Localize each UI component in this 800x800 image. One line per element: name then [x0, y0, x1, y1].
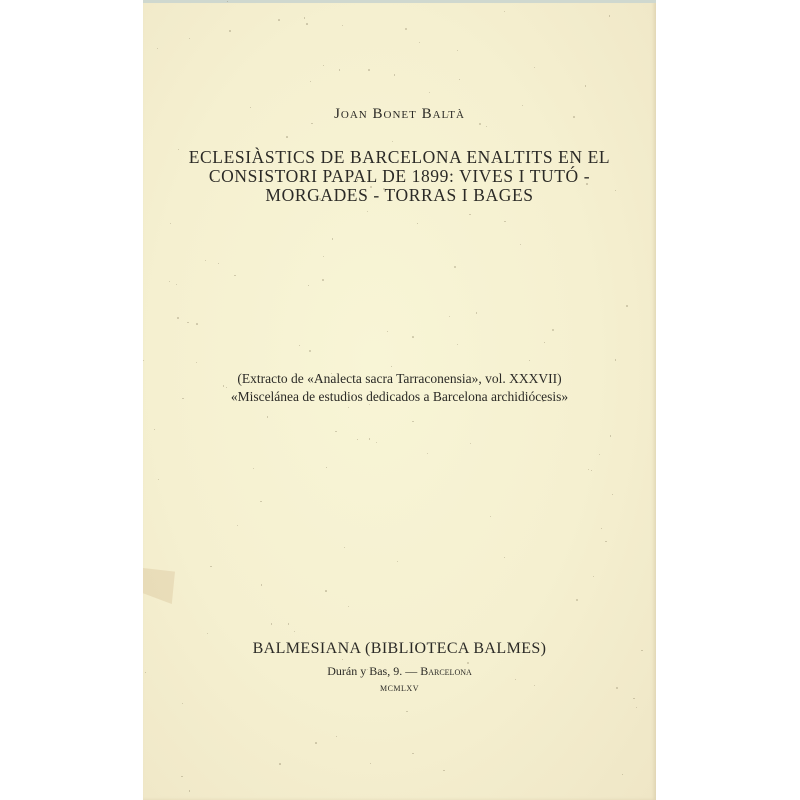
paper-speck [633, 698, 635, 700]
title-line: CONSISTORI PAPAL DE 1899: VIVES I TUTÓ - [143, 167, 656, 186]
paper-speck [576, 599, 578, 601]
paper-speck [616, 687, 618, 689]
paper-speck [609, 15, 610, 16]
paper-speck [205, 260, 206, 261]
paper-speck [196, 362, 198, 364]
paper-speck [612, 494, 613, 495]
paper-speck [315, 742, 317, 744]
paper-speck [605, 541, 606, 542]
paper-speck [342, 25, 343, 26]
paper-speck [599, 454, 600, 455]
paper-speck [591, 470, 592, 471]
paper-speck [308, 285, 309, 286]
paper-speck [253, 468, 254, 469]
paper-speck [158, 479, 159, 480]
paper-speck [467, 662, 469, 664]
paper-speck [234, 275, 236, 277]
paper-speck [534, 67, 536, 69]
paper-speck [357, 439, 358, 440]
paper-speck [306, 23, 308, 25]
paper-speck [636, 707, 637, 708]
paper-speck [323, 65, 324, 66]
extract-note: (Extracto de «Analecta sacra Tarraconens… [143, 370, 656, 406]
paper-speck [176, 284, 177, 285]
paper-speck [367, 211, 368, 212]
paper-speck [504, 221, 506, 223]
paper-speck [187, 322, 188, 323]
paper-speck [515, 679, 516, 680]
paper-speck [226, 387, 227, 388]
paper-speck [370, 763, 371, 764]
paper-speck [189, 38, 190, 39]
paper-speck [394, 74, 396, 76]
paper-speck [552, 329, 554, 331]
paper-speck [387, 331, 388, 332]
paper-speck [154, 429, 155, 430]
address-street: Durán y Bas, 9. — [327, 664, 420, 678]
paper-speck [178, 149, 179, 150]
paper-speck [504, 557, 505, 558]
extract-line: (Extracto de «Analecta sacra Tarraconens… [143, 370, 656, 388]
paper-speck [490, 516, 491, 517]
paper-speck [534, 685, 535, 686]
paper-speck [309, 350, 311, 352]
paper-speck [271, 623, 272, 624]
paper-speck [344, 547, 345, 548]
author-name: Joan Bonet Baltà [143, 106, 656, 123]
publisher-address: Durán y Bas, 9. — Barcelona [143, 664, 656, 679]
paper-speck [586, 183, 588, 185]
paper-speck [457, 344, 458, 345]
address-city: Barcelona [420, 664, 472, 678]
paper-speck [182, 703, 183, 704]
paper-speck [412, 421, 414, 423]
paper-speck [457, 50, 458, 51]
paper-speck [229, 160, 231, 162]
paper-speck [304, 17, 305, 18]
paper-speck [169, 281, 170, 282]
paper-speck [181, 776, 182, 777]
paper-speck [332, 238, 333, 239]
paper-speck [397, 561, 398, 562]
paper-speck [207, 633, 208, 634]
paper-speck [449, 316, 451, 318]
paper-speck [278, 19, 280, 21]
paper-speck [626, 305, 628, 307]
extract-line: «Miscelánea de estudios dedicados a Barc… [143, 388, 656, 406]
paper-speck [405, 28, 407, 30]
paper-speck [311, 123, 312, 124]
paper-speck [610, 435, 612, 437]
paper-speck [299, 345, 300, 346]
paper-speck [573, 116, 575, 118]
paper-speck [335, 431, 336, 432]
paper-speck [143, 360, 144, 361]
paper-stain [143, 568, 175, 604]
paper-speck [469, 214, 471, 216]
paper-speck [470, 443, 472, 445]
paper-speck [520, 244, 521, 245]
paper-speck [459, 79, 460, 80]
paper-speck [336, 736, 337, 737]
paper-speck [392, 141, 393, 142]
paper-speck [376, 442, 378, 444]
paper-speck [419, 42, 420, 43]
paper-speck [588, 469, 589, 470]
paper-speck [544, 342, 545, 343]
title-line: ECLESIÀSTICS DE BARCELONA ENALTITS EN EL [143, 148, 656, 167]
paper-speck [406, 711, 407, 712]
paper-speck [369, 438, 370, 439]
paper-speck [323, 256, 324, 257]
paper-speck [261, 584, 262, 585]
paper-speck [479, 123, 481, 125]
paper-speck [157, 48, 158, 49]
paper-speck [348, 407, 349, 408]
paper-speck [504, 11, 506, 13]
document-title: ECLESIÀSTICS DE BARCELONA ENALTITS EN EL… [143, 148, 656, 205]
paper-speck [357, 179, 358, 180]
title-line: MORGADES - TORRAS I BAGES [143, 186, 656, 205]
paper-speck [454, 266, 456, 268]
paper-speck [412, 753, 413, 754]
paper-speck [443, 770, 445, 772]
paper-speck [170, 223, 171, 224]
paper-speck [288, 623, 289, 624]
paper-speck [237, 525, 238, 526]
paper-speck [325, 590, 327, 592]
paper-speck [223, 385, 224, 386]
paper-speck [486, 126, 487, 127]
paper-speck [229, 30, 231, 32]
paper-speck [177, 317, 179, 319]
paper-speck [279, 763, 281, 765]
paper-speck [370, 186, 372, 188]
paper-speck [369, 404, 370, 405]
paper-speck [218, 263, 219, 264]
paper-speck [196, 323, 198, 325]
paper-speck [622, 774, 623, 775]
book-cover-page: Joan Bonet Baltà ECLESIÀSTICS DE BARCELO… [143, 0, 656, 800]
paper-speck [342, 659, 343, 660]
paper-speck [476, 312, 477, 313]
paper-speck [593, 576, 594, 577]
paper-speck [331, 373, 332, 374]
publisher-name: BALMESIANA (BIBLIOTECA BALMES) [143, 640, 656, 658]
paper-speck [322, 279, 324, 281]
paper-speck [189, 790, 190, 791]
paper-speck [529, 360, 530, 361]
paper-speck [286, 136, 288, 138]
paper-speck [274, 396, 275, 397]
paper-speck [391, 366, 392, 367]
paper-speck [368, 69, 370, 71]
paper-speck [260, 501, 261, 502]
paper-speck [339, 69, 340, 70]
paper-speck [601, 528, 602, 529]
paper-speck [585, 85, 586, 86]
paper-speck [615, 359, 617, 361]
paper-speck [212, 179, 214, 181]
paper-speck [427, 453, 428, 454]
paper-speck [417, 223, 418, 224]
paper-speck [641, 650, 642, 651]
paper-speck [310, 81, 311, 82]
paper-speck [429, 92, 430, 93]
publication-year: MCMLXV [143, 684, 656, 693]
paper-speck [319, 198, 321, 200]
paper-speck [267, 416, 268, 417]
paper-speck [227, 1, 228, 2]
paper-speck [348, 606, 349, 607]
paper-speck [145, 672, 146, 673]
paper-speck [210, 566, 211, 567]
paper-speck [326, 467, 327, 468]
paper-speck [294, 631, 295, 632]
paper-speck [412, 336, 414, 338]
paper-speck [250, 107, 251, 108]
